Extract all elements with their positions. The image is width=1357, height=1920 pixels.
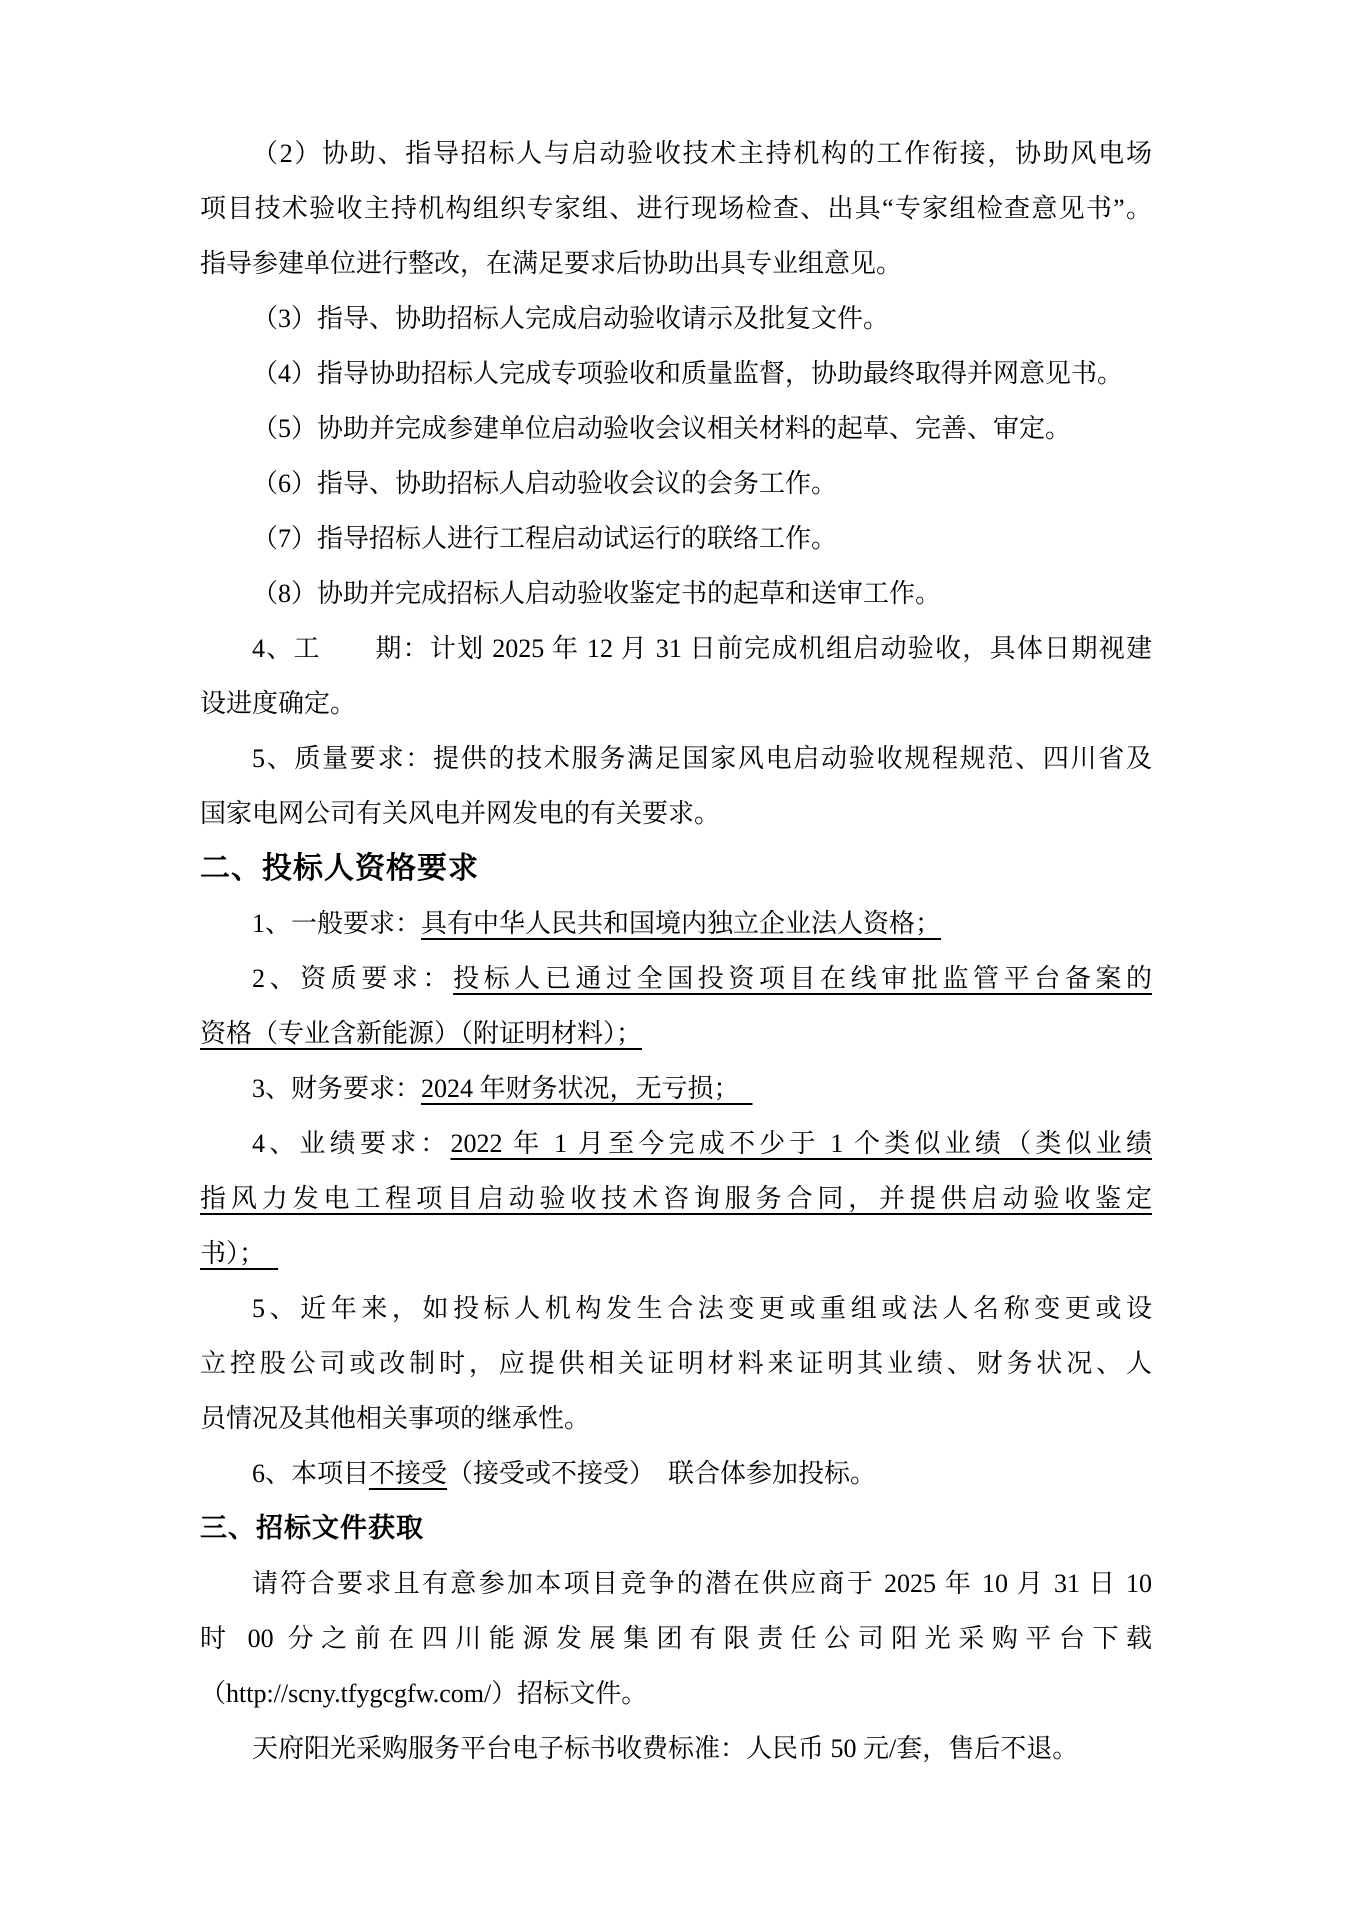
paragraph: 5、质量要求：提供的技术服务满足国家风电启动验收规程规范、四川省及国家电网公司有…	[200, 731, 1152, 841]
text-line: 请符合要求且有意参加本项目竞争的潜在供应商于 2025 年 10 月 31 日 …	[200, 1556, 1152, 1611]
section-heading-text: 二、投标人资格要求	[200, 852, 479, 885]
underlined-text: 不接受	[369, 1459, 447, 1488]
paragraph: （3）指导、协助招标人完成启动验收请示及批复文件。	[200, 291, 1152, 346]
section-heading: 三、招标文件获取	[200, 1501, 1152, 1556]
paragraph: 6、本项目不接受（接受或不接受） 联合体参加投标。	[200, 1446, 1152, 1501]
paragraph: 4、工 期：计划 2025 年 12 月 31 日前完成机组启动验收，具体日期视…	[200, 621, 1152, 731]
text-segment: （http://scny.tfygcgfw.com/）招标文件。	[200, 1679, 647, 1708]
text-line: （2）协助、指导招标人与启动验收技术主持机构的工作衔接，协助风电场	[200, 126, 1152, 181]
text-segment: 立控股公司或改制时，应提供相关证明材料来证明其业绩、财务状况、人	[200, 1349, 1152, 1378]
text-line: 设进度确定。	[200, 676, 1152, 731]
paragraph: （6）指导、协助招标人启动验收会议的会务工作。	[200, 456, 1152, 511]
paragraph: 2、资质要求：投标人已通过全国投资项目在线审批监管平台备案的资格（专业含新能源）…	[200, 951, 1152, 1061]
text-segment: 设进度确定。	[200, 689, 356, 718]
paragraph: （2）协助、指导招标人与启动验收技术主持机构的工作衔接，协助风电场项目技术验收主…	[200, 126, 1152, 291]
text-line: 资格（专业含新能源）（附证明材料）；	[200, 1006, 1152, 1061]
paragraph: （7）指导招标人进行工程启动试运行的联络工作。	[200, 511, 1152, 566]
text-segment: （3）指导、协助招标人完成启动验收请示及批复文件。	[252, 304, 889, 333]
section-heading: 二、投标人资格要求	[200, 841, 1152, 896]
text-line: （8）协助并完成招标人启动验收鉴定书的起草和送审工作。	[200, 566, 1152, 621]
text-line: 立控股公司或改制时，应提供相关证明材料来证明其业绩、财务状况、人	[200, 1336, 1152, 1391]
text-segment: 2、资质要求：	[252, 964, 453, 993]
text-line: 书）；	[200, 1226, 1152, 1281]
underlined-text: 2022 年 1 月至今完成不少于 1 个类似业绩（类似业绩	[451, 1129, 1152, 1158]
paragraph: 5、近年来，如投标人机构发生合法变更或重组或法人名称变更或设立控股公司或改制时，…	[200, 1281, 1152, 1446]
text-segment: 项目技术验收主持机构组织专家组、进行现场检查、出具“专家组检查意见书”。	[200, 194, 1152, 223]
text-line: （4）指导协助招标人完成专项验收和质量监督，协助最终取得并网意见书。	[200, 346, 1152, 401]
text-line: （6）指导、协助招标人启动验收会议的会务工作。	[200, 456, 1152, 511]
text-segment: 天府阳光采购服务平台电子标书收费标准：人民币 50 元/套，售后不退。	[252, 1734, 1078, 1763]
paragraph: 4、业绩要求：2022 年 1 月至今完成不少于 1 个类似业绩（类似业绩指风力…	[200, 1116, 1152, 1281]
text-line: 项目技术验收主持机构组织专家组、进行现场检查、出具“专家组检查意见书”。	[200, 181, 1152, 236]
underlined-text: 资格（专业含新能源）（附证明材料）；	[200, 1019, 642, 1048]
text-segment: 1、一般要求：	[252, 909, 421, 938]
paragraph: 天府阳光采购服务平台电子标书收费标准：人民币 50 元/套，售后不退。	[200, 1721, 1152, 1776]
text-line: 4、工 期：计划 2025 年 12 月 31 日前完成机组启动验收，具体日期视…	[200, 621, 1152, 676]
underlined-text: 投标人已通过全国投资项目在线审批监管平台备案的	[453, 964, 1152, 993]
text-line: 员情况及其他相关事项的继承性。	[200, 1391, 1152, 1446]
text-segment: 员情况及其他相关事项的继承性。	[200, 1404, 590, 1433]
underlined-text: 2024 年财务状况，无亏损；	[421, 1074, 753, 1103]
document-page: （2）协助、指导招标人与启动验收技术主持机构的工作衔接，协助风电场项目技术验收主…	[0, 0, 1357, 1920]
text-segment: （4）指导协助招标人完成专项验收和质量监督，协助最终取得并网意见书。	[252, 359, 1123, 388]
text-line: （5）协助并完成参建单位启动验收会议相关材料的起草、完善、审定。	[200, 401, 1152, 456]
underlined-text: 书）；	[200, 1239, 278, 1268]
text-segment: （8）协助并完成招标人启动验收鉴定书的起草和送审工作。	[252, 579, 941, 608]
text-segment: 国家电网公司有关风电并网发电的有关要求。	[200, 799, 720, 828]
text-segment: 3、财务要求：	[252, 1074, 421, 1103]
text-line: 国家电网公司有关风电并网发电的有关要求。	[200, 786, 1152, 841]
document-body: （2）协助、指导招标人与启动验收技术主持机构的工作衔接，协助风电场项目技术验收主…	[200, 126, 1152, 1776]
text-segment: 6、本项目	[252, 1459, 369, 1488]
text-line: （7）指导招标人进行工程启动试运行的联络工作。	[200, 511, 1152, 566]
text-segment: 时 00 分之前在四川能源发展集团有限责任公司阳光采购平台下载	[200, 1624, 1152, 1653]
text-line: 5、质量要求：提供的技术服务满足国家风电启动验收规程规范、四川省及	[200, 731, 1152, 786]
text-segment: （6）指导、协助招标人启动验收会议的会务工作。	[252, 469, 837, 498]
text-line: 6、本项目不接受（接受或不接受） 联合体参加投标。	[200, 1446, 1152, 1501]
text-segment: 4、业绩要求：	[252, 1129, 451, 1158]
text-segment: 5、质量要求：提供的技术服务满足国家风电启动验收规程规范、四川省及	[252, 744, 1152, 773]
text-line: 5、近年来，如投标人机构发生合法变更或重组或法人名称变更或设	[200, 1281, 1152, 1336]
section-heading-text: 三、招标文件获取	[200, 1513, 424, 1543]
text-segment: （接受或不接受） 联合体参加投标。	[447, 1459, 876, 1488]
paragraph: 1、一般要求：具有中华人民共和国境内独立企业法人资格；	[200, 896, 1152, 951]
paragraph: （5）协助并完成参建单位启动验收会议相关材料的起草、完善、审定。	[200, 401, 1152, 456]
text-line: 4、业绩要求：2022 年 1 月至今完成不少于 1 个类似业绩（类似业绩	[200, 1116, 1152, 1171]
text-line: 指导参建单位进行整改，在满足要求后协助出具专业组意见。	[200, 236, 1152, 291]
underlined-text: 指风力发电工程项目启动验收技术咨询服务合同，并提供启动验收鉴定	[200, 1184, 1152, 1213]
text-segment: 5、近年来，如投标人机构发生合法变更或重组或法人名称变更或设	[252, 1294, 1152, 1323]
paragraph: 请符合要求且有意参加本项目竞争的潜在供应商于 2025 年 10 月 31 日 …	[200, 1556, 1152, 1721]
text-line: （http://scny.tfygcgfw.com/）招标文件。	[200, 1666, 1152, 1721]
text-line: 3、财务要求：2024 年财务状况，无亏损；	[200, 1061, 1152, 1116]
underlined-text: 具有中华人民共和国境内独立企业法人资格；	[421, 909, 941, 938]
text-line: （3）指导、协助招标人完成启动验收请示及批复文件。	[200, 291, 1152, 346]
text-line: 时 00 分之前在四川能源发展集团有限责任公司阳光采购平台下载	[200, 1611, 1152, 1666]
text-segment: （7）指导招标人进行工程启动试运行的联络工作。	[252, 524, 837, 553]
text-line: 2、资质要求：投标人已通过全国投资项目在线审批监管平台备案的	[200, 951, 1152, 1006]
text-segment: （5）协助并完成参建单位启动验收会议相关材料的起草、完善、审定。	[252, 414, 1071, 443]
text-line: 1、一般要求：具有中华人民共和国境内独立企业法人资格；	[200, 896, 1152, 951]
text-line: 指风力发电工程项目启动验收技术咨询服务合同，并提供启动验收鉴定	[200, 1171, 1152, 1226]
text-line: 天府阳光采购服务平台电子标书收费标准：人民币 50 元/套，售后不退。	[200, 1721, 1152, 1776]
paragraph: 3、财务要求：2024 年财务状况，无亏损；	[200, 1061, 1152, 1116]
text-segment: 指导参建单位进行整改，在满足要求后协助出具专业组意见。	[200, 249, 902, 278]
text-segment: 4、工 期：计划 2025 年 12 月 31 日前完成机组启动验收，具体日期视…	[252, 634, 1152, 663]
text-segment: （2）协助、指导招标人与启动验收技术主持机构的工作衔接，协助风电场	[252, 139, 1152, 168]
text-segment: 请符合要求且有意参加本项目竞争的潜在供应商于 2025 年 10 月 31 日 …	[252, 1569, 1152, 1598]
paragraph: （8）协助并完成招标人启动验收鉴定书的起草和送审工作。	[200, 566, 1152, 621]
paragraph: （4）指导协助招标人完成专项验收和质量监督，协助最终取得并网意见书。	[200, 346, 1152, 401]
